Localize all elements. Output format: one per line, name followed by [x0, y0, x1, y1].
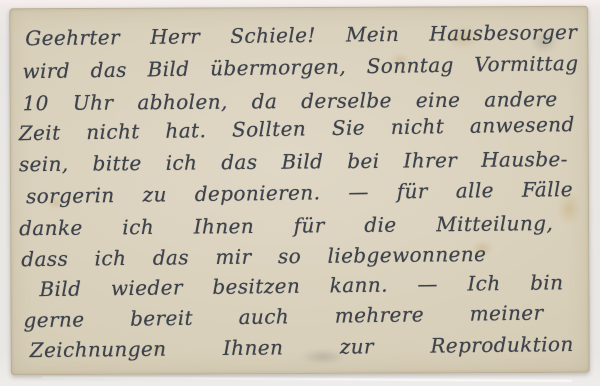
handwriting-line: dass ich das mir so liebgewonnene [21, 240, 486, 273]
photo-background: Geehrter Herr Schiele! Mein Hausbesorger… [0, 0, 600, 386]
postcard: Geehrter Herr Schiele! Mein Hausbesorger… [9, 6, 590, 376]
backdrop-highlight-line [42, 376, 572, 382]
handwriting-line: Zeichnungen Ihnen zur Reproduktion [30, 330, 574, 364]
handwriting-line: wird das Bild übermorgen, Sonntag Vormit… [22, 49, 578, 85]
handwriting-line: Bild wieder besitzen kann. — Ich bin [39, 268, 563, 303]
handwriting-line: sorgerin zu deponieren. — für alle Fälle [26, 175, 573, 210]
handwriting-line: gerne bereit auch mehrere meiner [23, 298, 543, 334]
handwriting-line: danke ich Ihnen für die Mitteilung, [19, 209, 553, 242]
handwriting-line: sein, bitte ich das Bild bei Ihrer Hausb… [19, 145, 568, 178]
handwriting-line: Geehrter Herr Schiele! Mein Hausbesorger [25, 18, 577, 52]
